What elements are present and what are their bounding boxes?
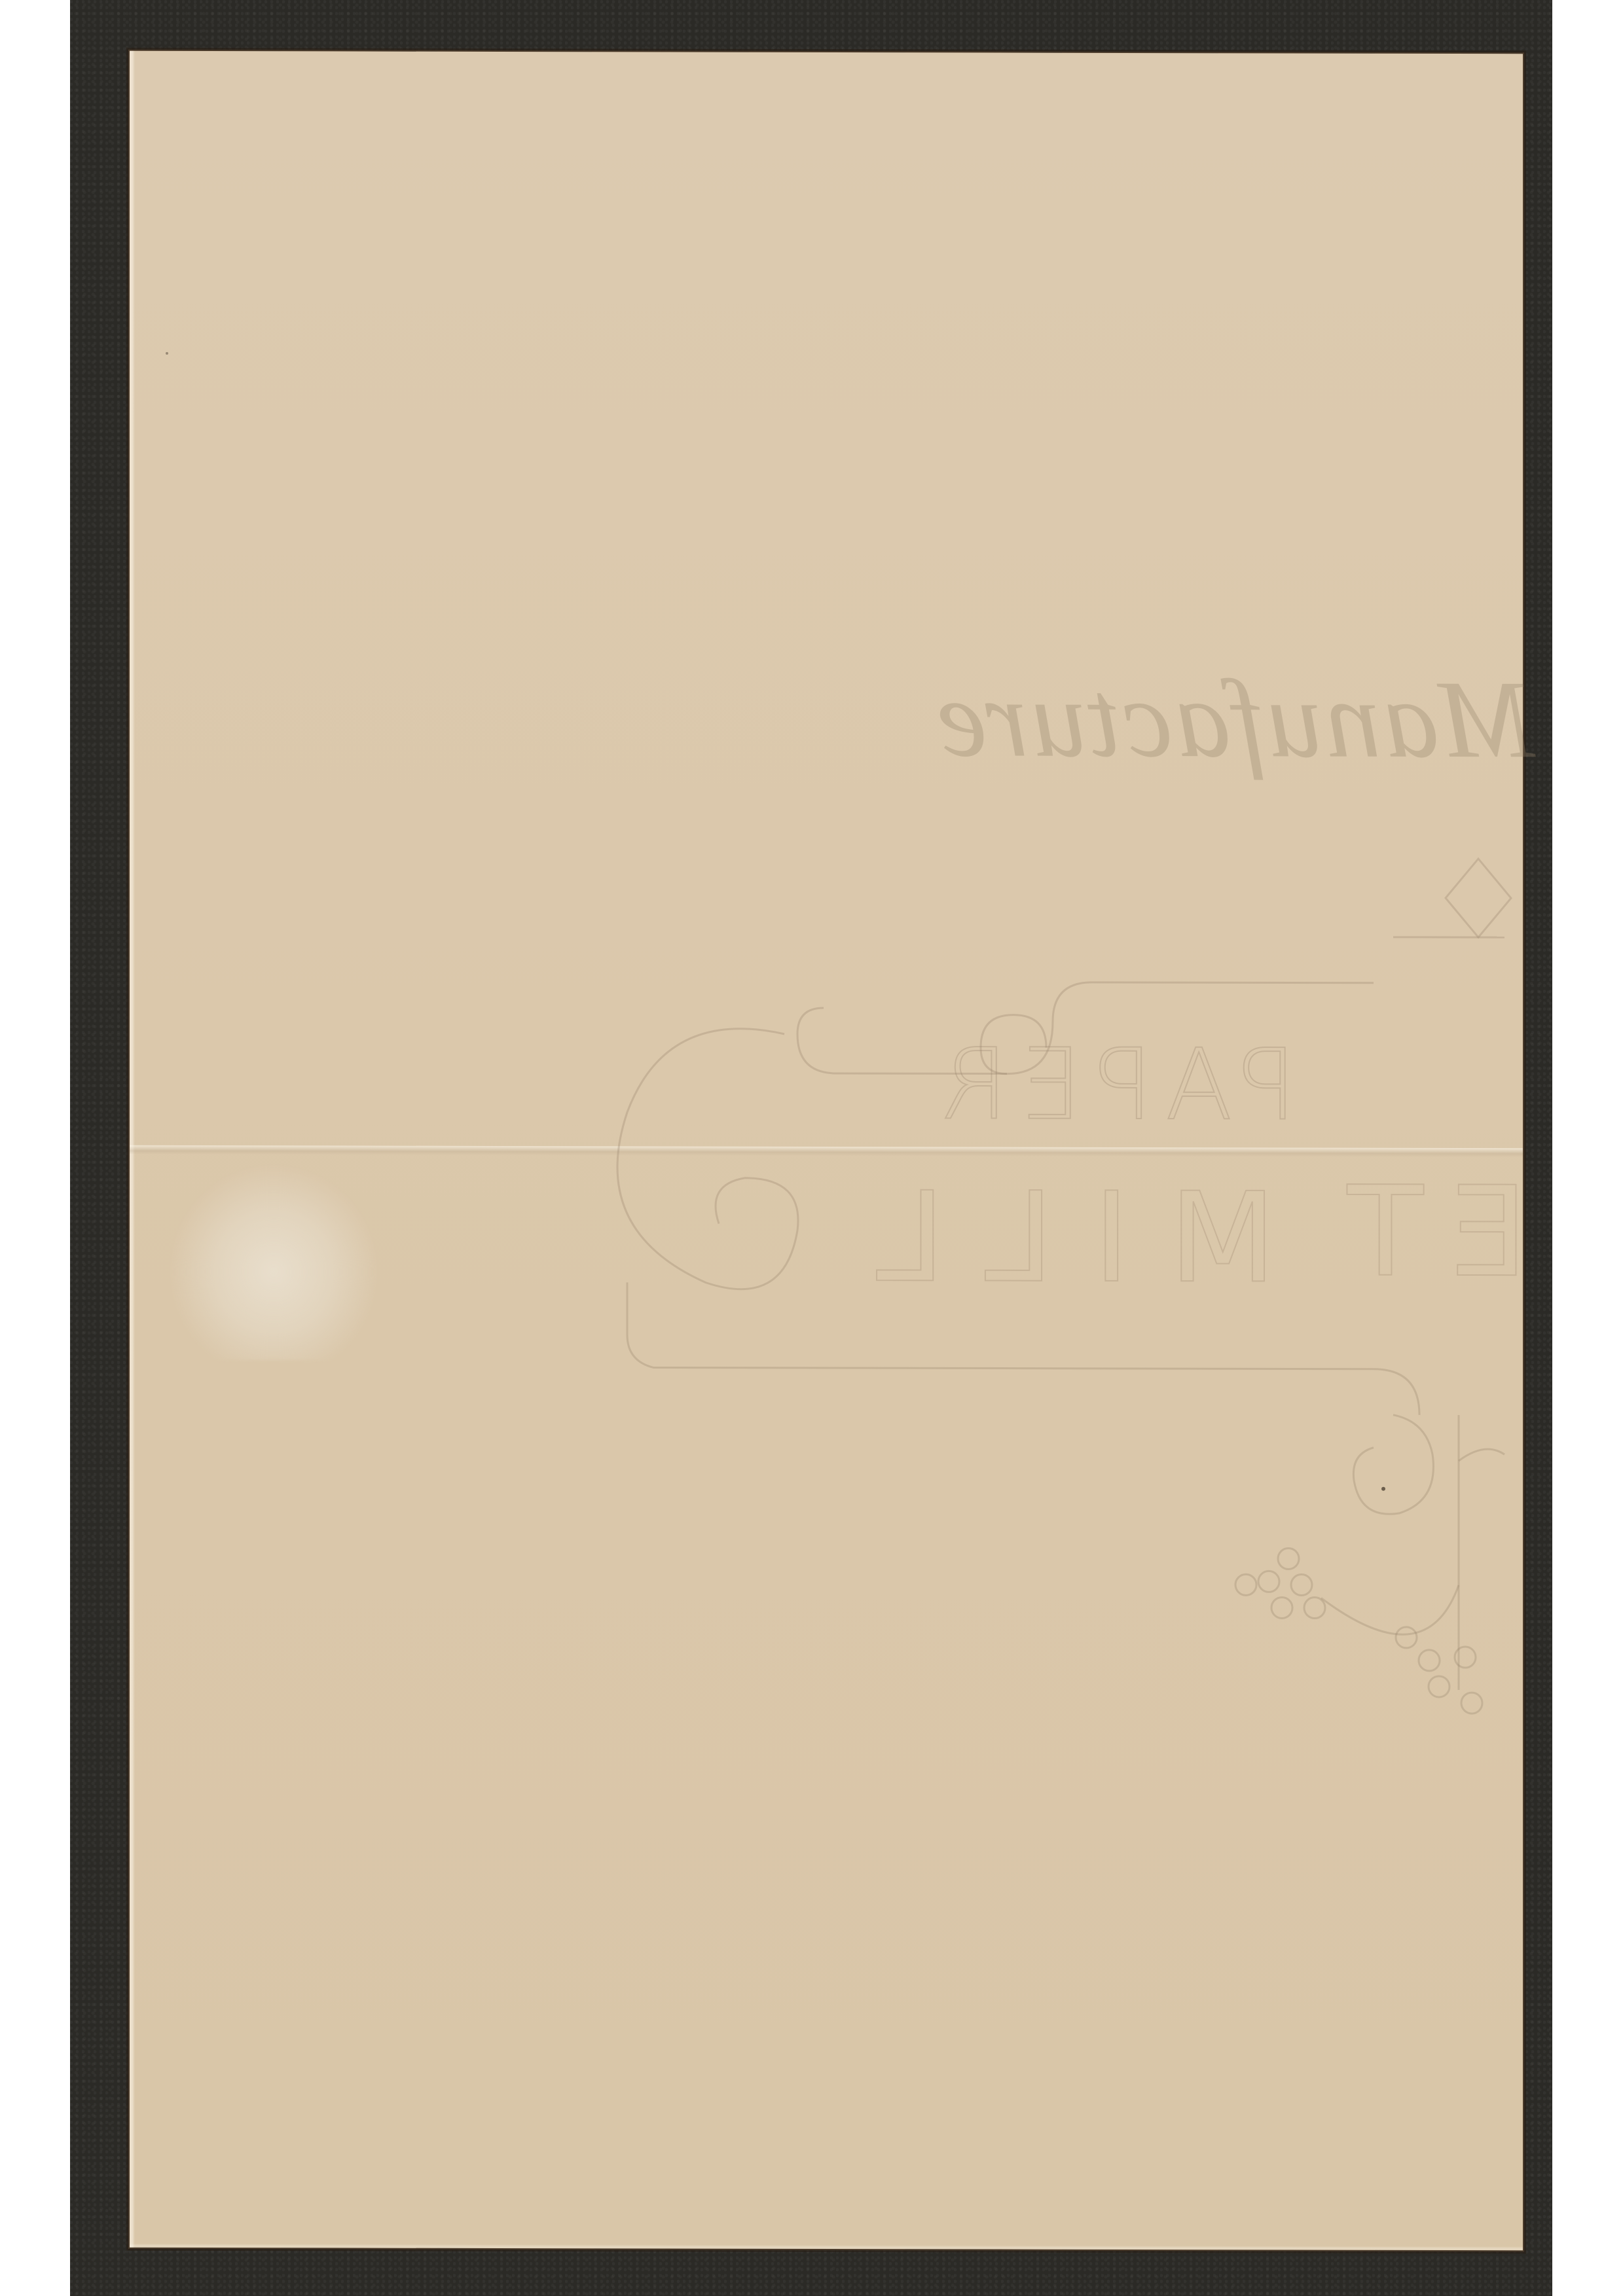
show-through-mill: MILL bbox=[837, 1165, 1277, 1310]
show-through-manufacture: Manufacture bbox=[935, 655, 1535, 783]
paper-sheet: Manufacture PAPER MILL ET bbox=[130, 51, 1523, 2250]
show-through-fragment: ET bbox=[1321, 1160, 1528, 1305]
ink-speck bbox=[1381, 1487, 1385, 1491]
fold-crease bbox=[130, 1145, 1523, 1157]
show-through-paper: PAPER bbox=[928, 1028, 1297, 1142]
abraded-patch bbox=[169, 1164, 378, 1361]
ink-speck bbox=[166, 352, 168, 355]
